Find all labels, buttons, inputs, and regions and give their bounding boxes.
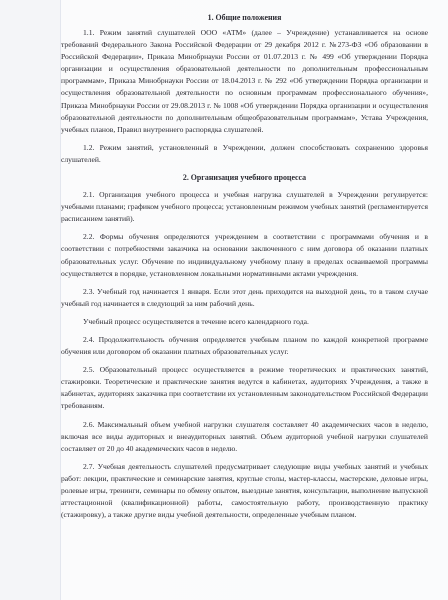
paragraph-2-5: 2.5. Образовательный процесс осуществляе… <box>61 364 428 412</box>
paragraph-1-2: 1.2. Режим занятий, установленный в Учре… <box>61 142 428 166</box>
paragraph-2-2: 2.2. Формы обучения определяются учрежде… <box>61 231 428 279</box>
paragraph-2-7: 2.7. Учебная деятельность слушателей пре… <box>61 461 428 521</box>
paragraph-2-6: 2.6. Максимальный объем учебной нагрузки… <box>61 419 428 455</box>
paragraph-2-3: 2.3. Учебный год начинается 1 января. Ес… <box>61 286 428 310</box>
paragraph-2-1: 2.1. Организация учебного процесса и уче… <box>61 189 428 225</box>
paragraph-2-3-note: Учебный процесс осуществляется в течение… <box>61 316 428 328</box>
section-title-organization: 2. Организация учебного процесса <box>61 172 428 184</box>
paragraph-2-4: 2.4. Продолжительность обучения определя… <box>61 334 428 358</box>
section-title-general: 1. Общие положения <box>61 12 428 24</box>
document-page: 1. Общие положения 1.1. Режим занятий сл… <box>0 0 448 600</box>
document-body: 1. Общие положения 1.1. Режим занятий сл… <box>61 12 428 527</box>
paragraph-1-1: 1.1. Режим занятий слушателей ООО «АТМ» … <box>61 27 428 136</box>
